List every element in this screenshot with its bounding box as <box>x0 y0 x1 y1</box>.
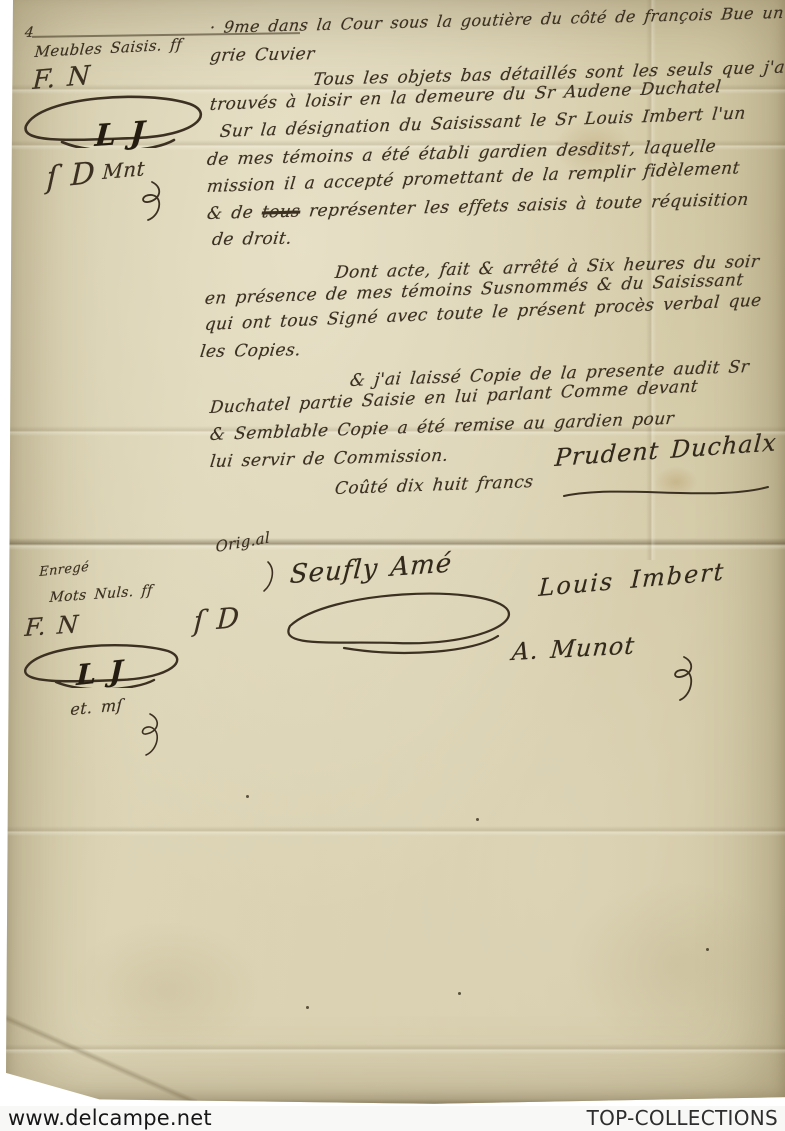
fold-crease-center <box>6 538 785 550</box>
watermark-collection-label: TOP-COLLECTIONS <box>587 1106 778 1130</box>
line-post: représenter les effets saisis à toute ré… <box>299 190 750 222</box>
margin-initials-lj-lower: L J <box>76 657 124 690</box>
manuscript-line-fee: Coûté dix huit francs <box>334 474 534 498</box>
margin-initials-sd-lower: ſ D <box>193 604 240 636</box>
manuscript-line-with-strikethrough: & de tous représenter les effets saisis … <box>206 192 750 223</box>
margin-paraph-fn-lower: F. N <box>24 612 79 640</box>
scanned-document-photo: 4 Meubles Saisis. ff F. N L J ſ D Mnt · … <box>0 0 785 1131</box>
stain <box>66 920 266 1060</box>
ink-speck <box>476 818 479 821</box>
ink-speck <box>246 795 249 798</box>
signature-seufly-ame: Seufly Amé <box>289 550 453 588</box>
margin-page-number: 4 <box>24 26 35 40</box>
watermark-bar: www.delcampe.net TOP-COLLECTIONS <box>0 1106 785 1131</box>
signature-squiggle <box>668 655 700 707</box>
margin-initials-mnt: Mnt <box>102 158 146 182</box>
struck-word: tous <box>261 201 302 222</box>
margin-note-meubles-saisis: Meubles Saisis. ff <box>34 37 183 60</box>
margin-note-enregistre: Enregé <box>39 561 89 579</box>
signature-loop-flourish <box>284 592 524 660</box>
ink-speck <box>306 1006 309 1009</box>
paper-bottom-edge <box>6 1099 785 1106</box>
margin-note-original: Orig.al <box>215 530 270 555</box>
signature-a-munot: A. Munot <box>511 633 636 664</box>
manuscript-line: lui servir de Commission. <box>209 448 449 471</box>
margin-squiggle <box>138 712 164 762</box>
fold-crease-lower <box>6 826 785 836</box>
manuscript-line: de droit. <box>211 231 293 249</box>
watermark-site-url: www.delcampe.net <box>8 1106 212 1130</box>
manuscript-line: & Semblable Copie a été remise au gardie… <box>209 411 675 444</box>
line-pre: & de <box>206 202 263 224</box>
signature-prudent-duchalx: Prudent Duchalx <box>554 430 778 470</box>
signature-louis-imbert: Louis Imbert <box>538 559 726 600</box>
manuscript-line: les Copies. <box>199 342 302 361</box>
manuscript-line: grie Cuvier <box>209 46 316 65</box>
ink-speck <box>706 948 709 951</box>
stain <box>566 880 785 1050</box>
manuscript-page: 4 Meubles Saisis. ff F. N L J ſ D Mnt · … <box>6 0 785 1106</box>
margin-initials-sd: ſ D <box>46 159 96 194</box>
ink-speck <box>458 992 461 995</box>
paraph-squiggle <box>138 180 168 226</box>
margin-initials-lj: L J <box>94 118 146 152</box>
margin-note-mots-nuls: Mots Nuls. ff <box>49 584 153 605</box>
signature-flourish <box>562 482 772 504</box>
orig-note-flourish <box>258 560 278 598</box>
margin-initials-etm: et. mſ <box>70 697 123 718</box>
manuscript-line: · 9me dans la Cour sous la goutière du c… <box>209 5 785 36</box>
